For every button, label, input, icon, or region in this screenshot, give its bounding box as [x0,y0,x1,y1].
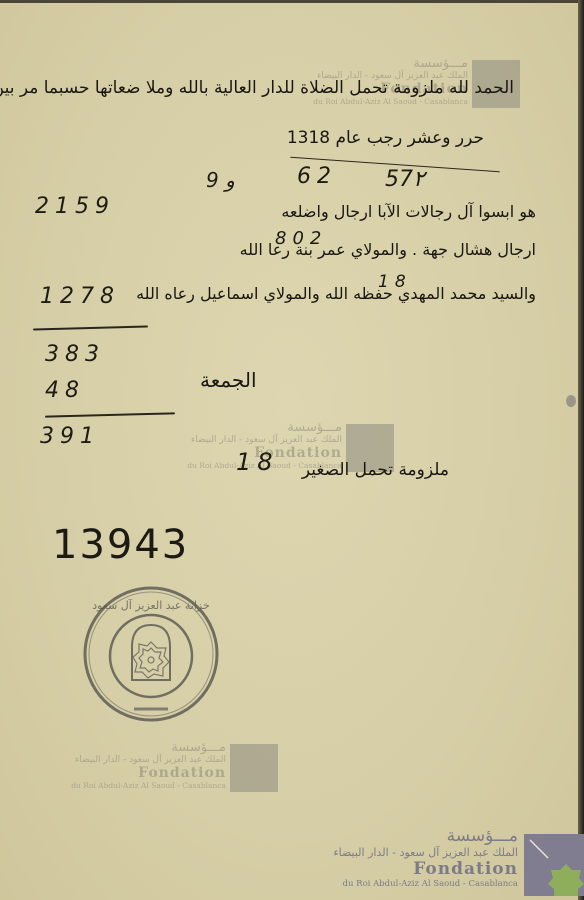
watermark-french-title: Fondation [26,765,226,781]
number-1278: 1278 [40,284,120,309]
watermark-french-subtitle: du Roi Abdul-Aziz Al Saoud - Casablanca [26,781,226,790]
number-48: 48 [45,378,85,403]
watermark-arabic-title: مـــؤسسة [308,826,518,846]
foundation-watermark: مـــؤسسة الملك عبد العزيز آل سعود - الدا… [312,826,584,900]
total-label: الجمعة [200,368,257,392]
bottom-date: 18 [236,448,279,476]
watermark: مـــؤسسة الملك عبد العزيز آل سعود - الدا… [20,740,278,800]
number-top-2: 62 [297,164,337,189]
number-383: 383 [45,342,105,367]
scan-edge-right [578,0,584,900]
bottom-line: ملزومة تحمل الصغير [302,460,449,480]
inventory-number: 13943 [52,522,189,568]
foundation-logo-icon [230,744,278,792]
foundation-logo-icon [524,834,584,896]
text-line-3: هو ابسوا آل رجالات الآبا ارجال واضلعه [281,202,536,221]
number-391: 391 [40,424,100,449]
watermark-french-subtitle: du Roi Abdul-Aziz Al Saoud - Casablanca [308,879,518,889]
svg-text:خزانة عبد العزيز آل سعود: خزانة عبد العزيز آل سعود [92,598,210,612]
watermark-arabic-subtitle: الملك عبد العزيز آل سعود - الدار البيضاء [308,846,518,859]
text-line-5: والسيد محمد المهدي حفظه الله والمولاي اس… [136,284,536,303]
date-line: حرر وعشر رجب عام 1318 [287,128,484,148]
scan-edge-top [0,0,584,3]
paper-stain [566,395,576,407]
watermark-arabic-title: مـــؤسسة [142,420,342,435]
number-2159: 2159 [35,194,115,219]
watermark-arabic-title: مـــؤسسة [26,740,226,755]
number-top-3: 57٢ [385,167,425,192]
watermark-arabic-subtitle: الملك عبد العزيز آل سعود - الدار البيضاء [26,755,226,765]
watermark-french-title: Fondation [308,859,518,879]
watermark-arabic-subtitle: الملك عبد العزيز آل سعود - الدار البيضاء [142,435,342,445]
watermark-french-subtitle: du Roi Abdul-Aziz Al Saoud - Casablanca [268,97,468,106]
number-top-1: 9 و [206,168,235,192]
library-seal-icon: خزانة عبد العزيز آل سعود [82,585,220,723]
header-line: الحمد لله ملزومة تحمل الضلاة للدار العال… [0,78,514,98]
text-line-4: ارجال هشال جهة . والمولاي عمر بنة رعا ال… [240,240,536,259]
watermark-arabic-title: مـــؤسسة [268,56,468,71]
